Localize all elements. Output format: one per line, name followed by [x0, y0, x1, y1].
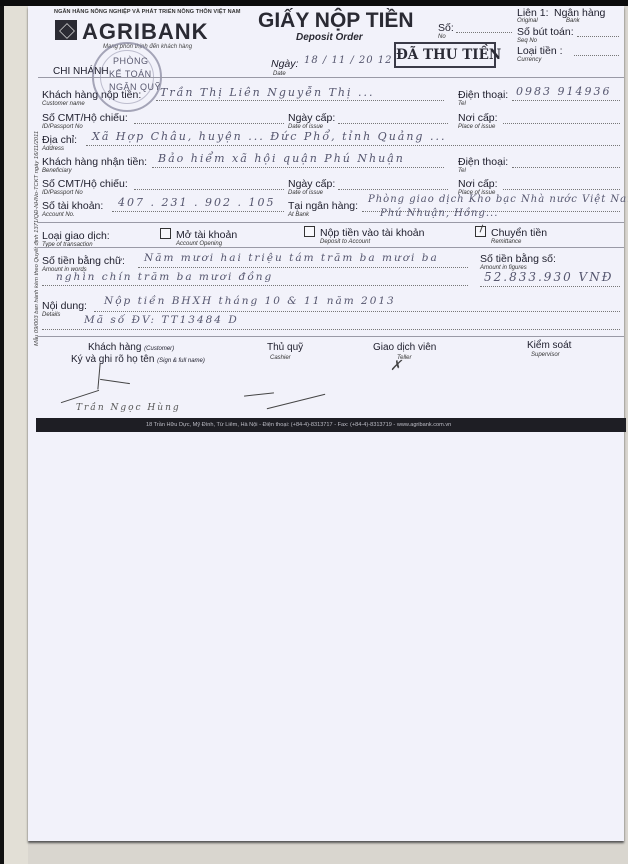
at-bank-label-en: At Bank [288, 212, 309, 218]
remittance-label: Chuyển tiền [491, 227, 547, 239]
serial-no-label-en: No [438, 34, 446, 40]
customer-signature-stroke [61, 390, 99, 403]
seq-no-label-en: Seq No [517, 38, 537, 44]
depositor-issue-place-label: Nơi cấp: [458, 112, 498, 124]
details-line2 [42, 329, 620, 330]
serial-no-label: Số: [438, 22, 454, 34]
supervisor-label: Kiểm soát [527, 340, 571, 351]
details-label: Nội dung: [42, 300, 87, 312]
amount-figures-field[interactable]: 52.833.930 VNĐ [484, 270, 613, 284]
depositor-address-line [86, 145, 620, 146]
date-value[interactable]: 18 / 11 / 20 12 [304, 55, 393, 66]
account-opening-checkbox[interactable] [160, 228, 171, 239]
bank-contact-footer: 18 Trần Hữu Dực, Mỹ Đình, Từ Liêm, Hà Nộ… [36, 418, 626, 432]
paid-stamp: ĐÃ THU TIỀN [394, 42, 496, 68]
bank-full-name: NGÂN HÀNG NÔNG NGHIỆP VÀ PHÁT TRIỂN NÔNG… [54, 9, 241, 15]
beneficiary-name-label: Khách hàng nhận tiền: [42, 156, 147, 168]
depositor-phone-label-en: Tel [458, 101, 466, 107]
customer-sub: Ký và ghi rõ họ tên [71, 354, 154, 365]
amount-words-line1 [138, 267, 468, 268]
depositor-name-field[interactable]: Trần Thị Liên Nguyễn Thị ... [160, 86, 375, 99]
beneficiary-issue-date-label-en: Date of issue [288, 190, 323, 196]
amount-words-label: Số tiền bằng chữ: [42, 255, 125, 267]
document-title: GIẤY NỘP TIỀN [258, 9, 414, 33]
copy-value-en: Bank [566, 18, 580, 24]
beneficiary-issue-place-field[interactable] [503, 189, 620, 190]
teller-label: Giao dịch viên [373, 342, 436, 353]
beneficiary-issue-date-label: Ngày cấp: [288, 178, 335, 190]
beneficiary-issue-place-label: Nơi cấp: [458, 178, 498, 190]
depositor-address-label: Địa chỉ: [42, 134, 77, 146]
customer-sub-en: (Sign & full name) [157, 358, 205, 364]
depositor-id-field[interactable] [134, 123, 284, 124]
customer-signature-stroke [97, 364, 100, 390]
depositor-id-label-en: ID/Passport No [42, 124, 83, 130]
depositor-issue-place-field[interactable] [503, 123, 620, 124]
depositor-name-label-en: Customer name [42, 101, 85, 107]
customer-sign-instruction: Ký và ghi rõ họ tên (Sign & full name) [71, 354, 205, 365]
beneficiary-phone-label: Điện thoại: [458, 156, 508, 168]
beneficiary-name-label-en: Beneficiary [42, 168, 72, 174]
document-subtitle: Deposit Order [296, 32, 363, 43]
beneficiary-phone-field[interactable] [512, 167, 620, 168]
transaction-type-label: Loại giao dịch: [42, 230, 110, 242]
beneficiary-id-label-en: ID/Passport No [42, 190, 83, 196]
customer-signature-stroke [100, 379, 130, 384]
depositor-name-line [156, 100, 444, 101]
scan-margin [4, 6, 28, 864]
depositor-name-label: Khách hàng nộp tiền: [42, 89, 141, 101]
date-label: Ngày: [271, 58, 298, 70]
details-line1 [94, 311, 620, 312]
deposit-to-account-label: Nộp tiền vào tài khoản [320, 227, 425, 239]
currency-label-en: Currency [517, 57, 541, 63]
beneficiary-name-field[interactable]: Bảo hiểm xã hội quận Phú Nhuận [158, 152, 405, 165]
remittance-checkbox[interactable] [475, 226, 486, 237]
beneficiary-name-line [152, 167, 444, 168]
amount-figures-label: Số tiền bằng số: [480, 253, 556, 265]
beneficiary-id-label: Số CMT/Hộ chiếu: [42, 178, 128, 190]
deposit-to-account-checkbox[interactable] [304, 226, 315, 237]
depositor-phone-field[interactable]: 0983 914936 [516, 85, 611, 98]
form-reference-note: Mẫu 09/003 ban hành kèm theo Quyết định … [34, 131, 40, 346]
beneficiary-phone-label-en: Tel [458, 168, 466, 174]
supervisor-label-en: Supervisor [531, 352, 560, 358]
account-no-line [112, 211, 284, 212]
cashier-signature-stroke [267, 394, 325, 409]
depositor-address-field[interactable]: Xã Hợp Châu, huyện ... Đức Phổ, tỉnh Quả… [92, 130, 446, 143]
details-label-en: Details [42, 312, 60, 318]
currency-field[interactable] [574, 55, 619, 56]
at-bank-field-line2[interactable]: Phú Nhuận, Hồng... [380, 208, 498, 219]
amount-words-field[interactable]: Năm mươi hai triệu tám trăm ba mươi ba [144, 252, 439, 264]
amount-words-line2 [42, 285, 468, 286]
depositor-phone-label: Điện thoại: [458, 89, 508, 101]
section-divider [38, 222, 624, 223]
details-field[interactable]: Nộp tiền BHXH tháng 10 & 11 năm 2013 [104, 295, 396, 307]
serial-no-field[interactable] [456, 32, 512, 33]
currency-label: Loại tiền : [517, 45, 563, 57]
account-no-label-en: Account No. [42, 212, 75, 218]
customer-sign-label: Khách hàng (Customer) [88, 342, 174, 353]
cashier-signature-stroke [244, 392, 274, 396]
teller-signature: ✗ [390, 358, 404, 374]
account-opening-label: Mở tài khoản [176, 229, 237, 241]
account-no-label: Số tài khoản: [42, 200, 103, 212]
amount-figures-line [480, 286, 620, 287]
depositor-issue-date-label: Ngày cấp: [288, 112, 335, 124]
beneficiary-issue-date-field[interactable] [338, 189, 448, 190]
depositor-issue-date-field[interactable] [338, 123, 448, 124]
cashier-label-en: Cashier [270, 355, 291, 361]
cashier-label: Thủ quỹ [267, 342, 303, 353]
depositor-id-label: Số CMT/Hộ chiếu: [42, 112, 128, 124]
customer-label-en: (Customer) [144, 346, 174, 352]
seq-no-label: Số bút toán: [517, 26, 574, 38]
details-field-line2[interactable]: Mã số ĐV: TT13484 D [84, 314, 239, 326]
stamp-line-1: PHÒNG [113, 56, 149, 66]
depositor-phone-line [512, 100, 620, 101]
at-bank-field[interactable]: Phòng giao dịch Kho bạc Nhà nước Việt Na… [368, 194, 628, 205]
section-divider [38, 247, 624, 248]
depositor-address-label-en: Address [42, 146, 64, 152]
beneficiary-id-field[interactable] [134, 189, 284, 190]
section-divider [38, 336, 624, 337]
copy-label-en: Original [517, 18, 538, 24]
bank-logo-text: AGRIBANK [82, 19, 209, 45]
customer-signature-name: Trần Ngọc Hùng [76, 403, 181, 413]
seq-no-field[interactable] [577, 36, 619, 37]
depositor-issue-place-label-en: Place of issue [458, 124, 495, 130]
remittance-label-en: Remittance [491, 239, 521, 245]
deposit-order-page: Mẫu 09/003 ban hành kèm theo Quyết định … [28, 6, 624, 841]
account-no-field[interactable]: 407 . 231 . 902 . 105 [118, 196, 275, 209]
at-bank-label: Tại ngân hàng: [288, 200, 358, 212]
customer-label: Khách hàng [88, 342, 141, 353]
header-divider [38, 77, 624, 78]
amount-words-field-line2[interactable]: nghìn chín trăm ba mươi đồng [56, 271, 273, 283]
deposit-to-account-label-en: Deposit to Account [320, 239, 370, 245]
agribank-logo-icon [55, 20, 77, 40]
